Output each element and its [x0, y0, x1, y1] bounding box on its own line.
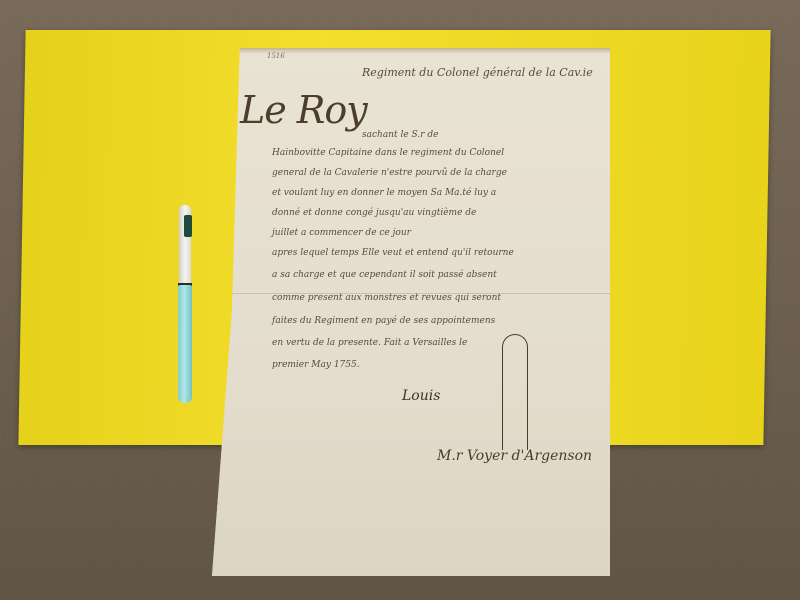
document-line: sachant le S.r de — [362, 130, 438, 140]
document-line: general de la Cavalerie n'estre pourvû d… — [272, 168, 507, 178]
document-line: faites du Regiment en payé de ses appoin… — [272, 316, 495, 326]
document-line: donné et donne congé jusqu'au vingtième … — [272, 208, 476, 218]
document-edge-wear — [232, 48, 610, 54]
document-line: en vertu de la presente. Fait a Versaill… — [272, 338, 467, 348]
document-line: apres lequel temps Elle veut et entend q… — [272, 248, 514, 258]
document-line: et voulant luy en donner le moyen Sa Ma.… — [272, 188, 496, 198]
pen-barrel — [178, 285, 192, 403]
document-opening-le-roy: Le Roy — [240, 88, 367, 132]
document-heading: Regiment du Colonel général de la Cav.ie — [362, 66, 593, 79]
document-line: juillet a commencer de ce jour — [272, 228, 411, 238]
document-line: comme present aux monstres et revues qui… — [272, 293, 501, 303]
historical-document: 1516 Regiment du Colonel général de la C… — [212, 48, 610, 576]
document-line: Hainbovitte Capitaine dans le regiment d… — [272, 148, 504, 158]
signature-flourish — [502, 334, 528, 450]
signature-louis: Louis — [402, 388, 440, 404]
ballpoint-pen — [176, 205, 194, 405]
document-line: a sa charge et que cependant il soit pas… — [272, 270, 497, 280]
pen-color-selector — [184, 215, 192, 237]
signature-argenson: M.r Voyer d'Argenson — [437, 448, 592, 464]
pen-cap — [179, 205, 191, 285]
document-line: premier May 1755. — [272, 360, 360, 370]
archive-number: 1516 — [267, 52, 285, 60]
